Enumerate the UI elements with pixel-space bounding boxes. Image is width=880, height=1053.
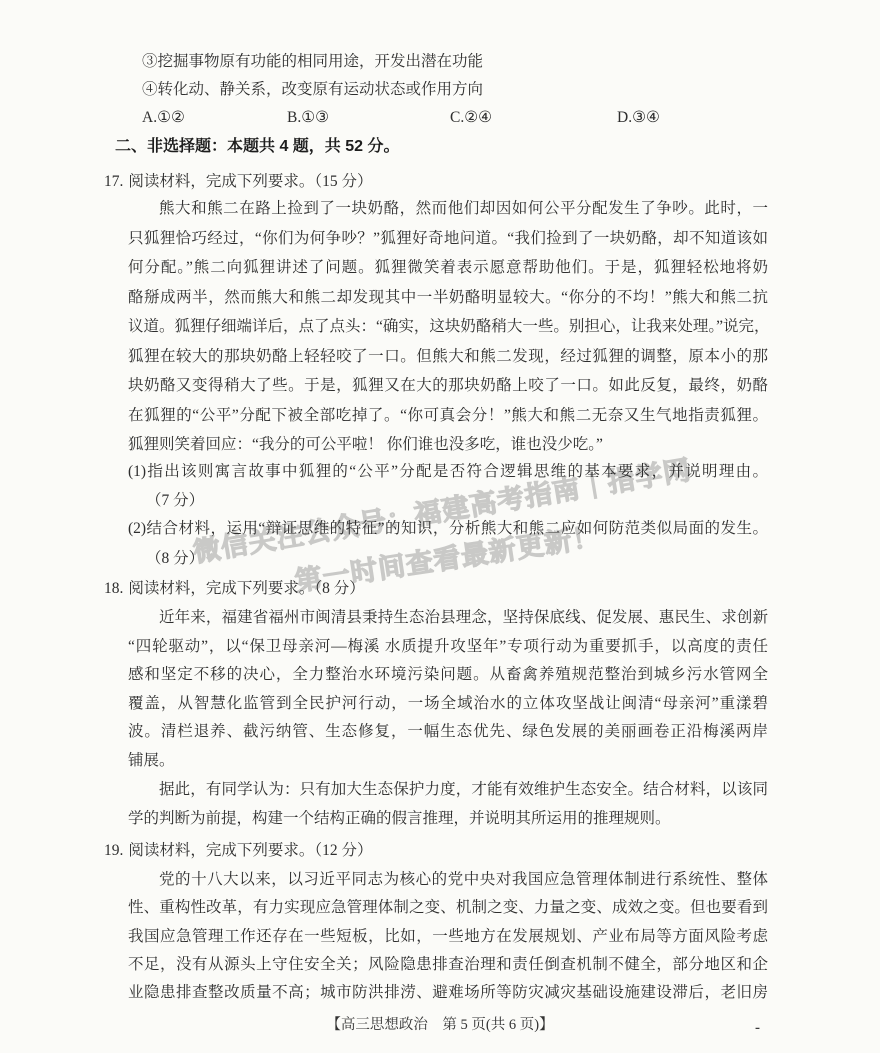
question-19-title: 阅读材料，完成下列要求。（12 分）	[128, 842, 372, 859]
text-line: 学的判断为前提，构建一个结构正确的假言推理，并说明其所运用的推理规则。	[128, 805, 768, 834]
question-17-sub-1-score: （7 分）	[146, 488, 204, 514]
question-18-number: 18.	[104, 580, 123, 597]
text-line: 铺展。	[128, 747, 768, 776]
text-line: 近年来，福建省福州市闽清县秉持生态治县理念，坚持保底线、促发展、惠民生、求创新	[128, 604, 768, 633]
text-line: 酪掰成两半，然而熊大和熊二却发现其中一半奶酪明显较大。“你分的不均！”熊大和熊二…	[128, 283, 768, 313]
text-line: 只狐狸恰巧经过，“你们为何争吵？”狐狸好奇地问道。“我们捡到了一块奶酪，却不知道…	[128, 224, 768, 254]
question-17-sub-2-score: （8 分）	[146, 546, 204, 572]
text-line: 我国应急管理工作还存在一些短板，比如，一些地方在发展规划、产业布局等方面风险考虑	[128, 923, 768, 951]
text-line: 议道。狐狸仔细端详后，点了点头：“确实，这块奶酪稍大一些。别担心，让我来处理。”…	[128, 312, 768, 342]
statement-3: ③挖掘事物原有功能的相同用途，开发出潜在功能	[142, 49, 483, 75]
question-17-heading: 17.阅读材料，完成下列要求。（15 分）	[104, 168, 373, 195]
text-line: 熊大和熊二在路上捡到了一块奶酪，然而他们却因如何公平分配发生了争吵。此时，一	[128, 194, 768, 224]
section-heading: 二、非选择题：本题共 4 题，共 52 分。	[115, 133, 399, 160]
option-b: B.①③	[287, 105, 329, 131]
option-c: C.②④	[450, 105, 492, 131]
text-line: 业隐患排查整改质量不高；城市防洪排涝、避难场所等防灾减灾基础设施建设滞后，老旧房	[128, 979, 768, 1007]
option-a: A.①②	[142, 105, 185, 131]
page-corner-mark: -	[755, 1020, 760, 1037]
question-18-title: 阅读材料，完成下列要求。（8 分）	[128, 580, 364, 597]
text-line: 不足，没有从源头上守住安全关；风险隐患排查治理和责任倒查机制不健全，部分地区和企	[128, 951, 768, 979]
option-d: D.③④	[617, 105, 660, 131]
question-17-title: 阅读材料，完成下列要求。（15 分）	[128, 173, 372, 190]
text-line: 性、重构性改革，有力实现应急管理体制之变、机制之变、力量之变、成效之变。但也要看…	[128, 894, 768, 922]
question-19-heading: 19.阅读材料，完成下列要求。（12 分）	[104, 837, 373, 864]
text-line: 狐狸在较大的那块奶酪上轻轻咬了一口。但熊大和熊二发现，经过狐狸的调整，原本小的那	[128, 342, 768, 372]
text-line: 波。清栏退养、截污纳管、生态修复，一幅生态优先、绿色发展的美丽画卷正沿梅溪两岸	[128, 718, 768, 747]
question-18-task: 据此，有同学认为：只有加大生态保护力度，才能有效维护生态安全。结合材料，以该同 …	[128, 776, 768, 833]
text-layer: ③挖掘事物原有功能的相同用途，开发出潜在功能 ④转化动、静关系，改变原有运动状态…	[0, 0, 880, 1053]
question-17-sub-1: (1)指出该则寓言故事中狐狸的“公平”分配是否符合逻辑思维的基本要求，并说明理由…	[128, 457, 768, 487]
text-line: 狐狸则笑着回应：“我分的可公平啦！ 你们谁也没多吃，谁也没少吃。”	[128, 430, 768, 460]
text-line: 感和坚定不移的决心，全力整治水环境污染问题。从畜禽养殖规范整治到城乡污水管网全	[128, 661, 768, 690]
question-18-material: 近年来，福建省福州市闽清县秉持生态治县理念，坚持保底线、促发展、惠民生、求创新 …	[128, 604, 768, 775]
text-line: 党的十八大以来，以习近平同志为核心的党中央对我国应急管理体制进行系统性、整体	[128, 866, 768, 894]
subquestion-text: (2)结合材料，运用“辩证思维的特征”的知识，分析熊大和熊二应如何防范类似局面的…	[128, 514, 768, 544]
question-18-heading: 18.阅读材料，完成下列要求。（8 分）	[104, 575, 365, 602]
text-line: 覆盖，从智慧化监管到全民护河行动，一场全域治水的立体攻坚战让闽清“母亲河”重漾碧	[128, 690, 768, 719]
text-line: 块奶酪又变得稍大了些。于是，狐狸又在大的那块奶酪上咬了一口。如此反复，最终，奶酪	[128, 371, 768, 401]
question-17-material: 熊大和熊二在路上捡到了一块奶酪，然而他们却因如何公平分配发生了争吵。此时，一 只…	[128, 194, 768, 460]
text-line: 何分配。”熊二向狐狸讲述了问题。狐狸微笑着表示愿意帮助他们。于是，狐狸轻松地将奶	[128, 253, 768, 283]
question-19-number: 19.	[104, 842, 123, 859]
question-17-number: 17.	[104, 173, 123, 190]
statement-4: ④转化动、静关系，改变原有运动状态或作用方向	[142, 77, 483, 103]
text-line: 在狐狸的“公平”分配下被全部吃掉了。“你可真会分！”熊大和熊二无奈又生气地指责狐…	[128, 401, 768, 431]
page-footer: 【高三思想政治 第 5 页(共 6 页)】	[0, 1016, 880, 1034]
text-line: 据此，有同学认为：只有加大生态保护力度，才能有效维护生态安全。结合材料，以该同	[128, 776, 768, 805]
text-line: “四轮驱动”，以“保卫母亲河—梅溪 水质提升攻坚年”专项行动为重要抓手，以高度的…	[128, 633, 768, 662]
question-19-material: 党的十八大以来，以习近平同志为核心的党中央对我国应急管理体制进行系统性、整体 性…	[128, 866, 768, 1007]
question-17-sub-2: (2)结合材料，运用“辩证思维的特征”的知识，分析熊大和熊二应如何防范类似局面的…	[128, 514, 768, 544]
subquestion-text: (1)指出该则寓言故事中狐狸的“公平”分配是否符合逻辑思维的基本要求，并说明理由…	[128, 457, 768, 487]
exam-page: 微信关注公众号：福建高考指南｜指学网 第一时间查看最新更新！ ③挖掘事物原有功能…	[0, 0, 880, 1053]
options-row: A.①② B.①③ C.②④ D.③④	[0, 105, 880, 131]
